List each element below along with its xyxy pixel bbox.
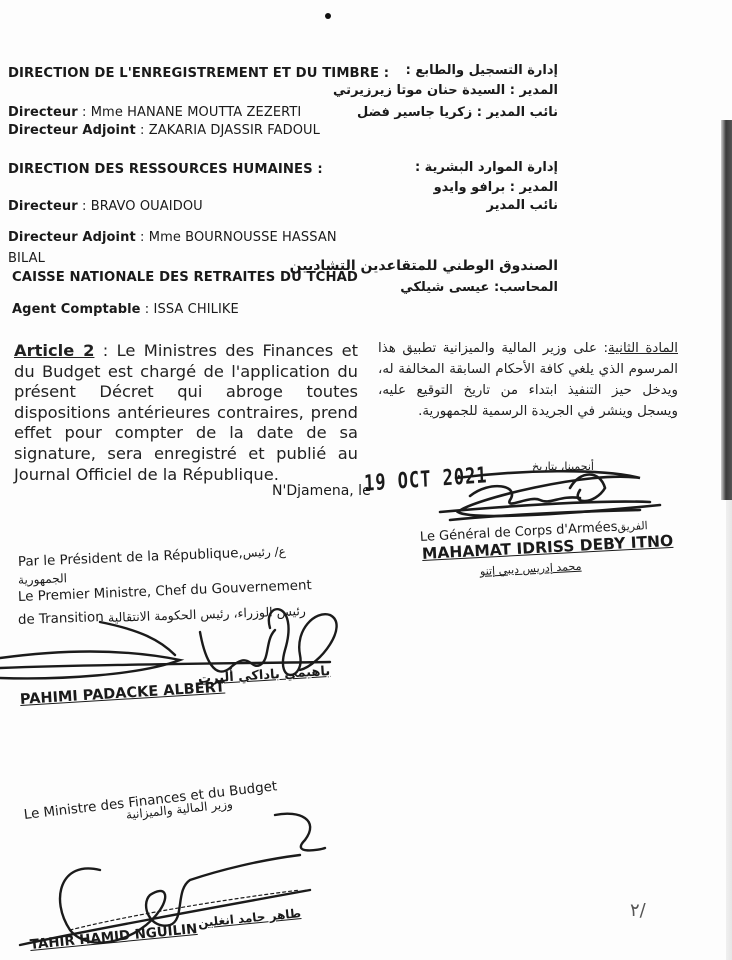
article-2-ar: المادة الثانية: على وزير المالية والميزا…: [378, 338, 678, 422]
ar-heading-pension-fund: الصندوق الوطني للمتقاعدين التشاديين: [290, 258, 558, 274]
president-name-ar: محمد إدريس ديبي إتنو: [480, 560, 582, 578]
prime-minister-title-ar: رئيس الوزراء، رئيس الحكومة الانتقالية: [108, 603, 306, 625]
place-label: N'Djamena, le: [272, 483, 371, 499]
hr-director: Directeur : BRAVO OUAIDOU: [8, 199, 203, 214]
prime-minister-name: PAHIMI PADACKE ALBERT: [20, 679, 226, 708]
by-president-line: Par le Président de la République,ع/ رئي…: [18, 544, 286, 570]
registration-director: Directeur : Mme HANANE MOUTTA ZEZERTI: [8, 105, 301, 120]
ar-hr-director: المدير : برافو وايدو: [434, 180, 558, 195]
pension-accountant: Agent Comptable : ISSA CHILIKE: [12, 302, 239, 317]
scan-edge: [726, 500, 732, 960]
section-heading-human-resources: DIRECTION DES RESSOURCES HUMAINES :: [8, 162, 323, 177]
hr-deputy-director-cont: BILAL: [8, 251, 45, 266]
scan-speck: [325, 13, 331, 19]
article-2-text: : Le Ministres des Finances et du Budget…: [14, 341, 358, 484]
ar-heading-hr: إدارة الموارد البشرية :: [415, 160, 558, 175]
finance-minister-name-ar: طاهر حامد انغلين: [197, 906, 301, 930]
ar-place-label: أنجمينا، بتاريخ: [532, 460, 594, 473]
prime-minister-title-cont: de Transition: [18, 610, 104, 628]
hr-deputy-director: Directeur Adjoint : Mme BOURNOUSSE HASSA…: [8, 230, 337, 245]
ar-heading-registration: إدارة التسجيل والطابع :: [406, 63, 558, 78]
article-2-fr: Article 2 : Le Ministres des Finances et…: [14, 341, 358, 485]
by-president-line-ar: الجمهورية: [18, 571, 67, 587]
article-2-label: Article 2: [14, 341, 94, 360]
decree-page: DIRECTION DE L'ENREGISTREMENT ET DU TIMB…: [0, 0, 732, 960]
finance-minister-name: TAHIR HAMID NGUILIN: [29, 922, 198, 953]
section-heading-registration: DIRECTION DE L'ENREGISTREMENT ET DU TIMB…: [8, 66, 389, 81]
date-stamp: 19 OCT 2021: [364, 463, 488, 497]
ar-registration-deputy: نائب المدير : زكريا جاسير فضل: [357, 105, 558, 120]
prime-minister-name-ar: باهيمي باداكي ألبرت: [198, 664, 331, 687]
ar-registration-director: المدير : السيدة حنان موتا زيرزيرتي: [333, 83, 558, 98]
ar-hr-deputy: نائب المدير: [487, 198, 558, 213]
page-number-mark: ٢/: [630, 900, 646, 921]
article-2-ar-label: المادة الثانية: [608, 341, 678, 356]
registration-deputy-director: Directeur Adjoint : ZAKARIA DJASSIR FADO…: [8, 123, 320, 138]
scan-edge-shadow: [721, 120, 732, 500]
ar-pension-accountant: المحاسب: عيسى شيلكي: [400, 280, 558, 295]
